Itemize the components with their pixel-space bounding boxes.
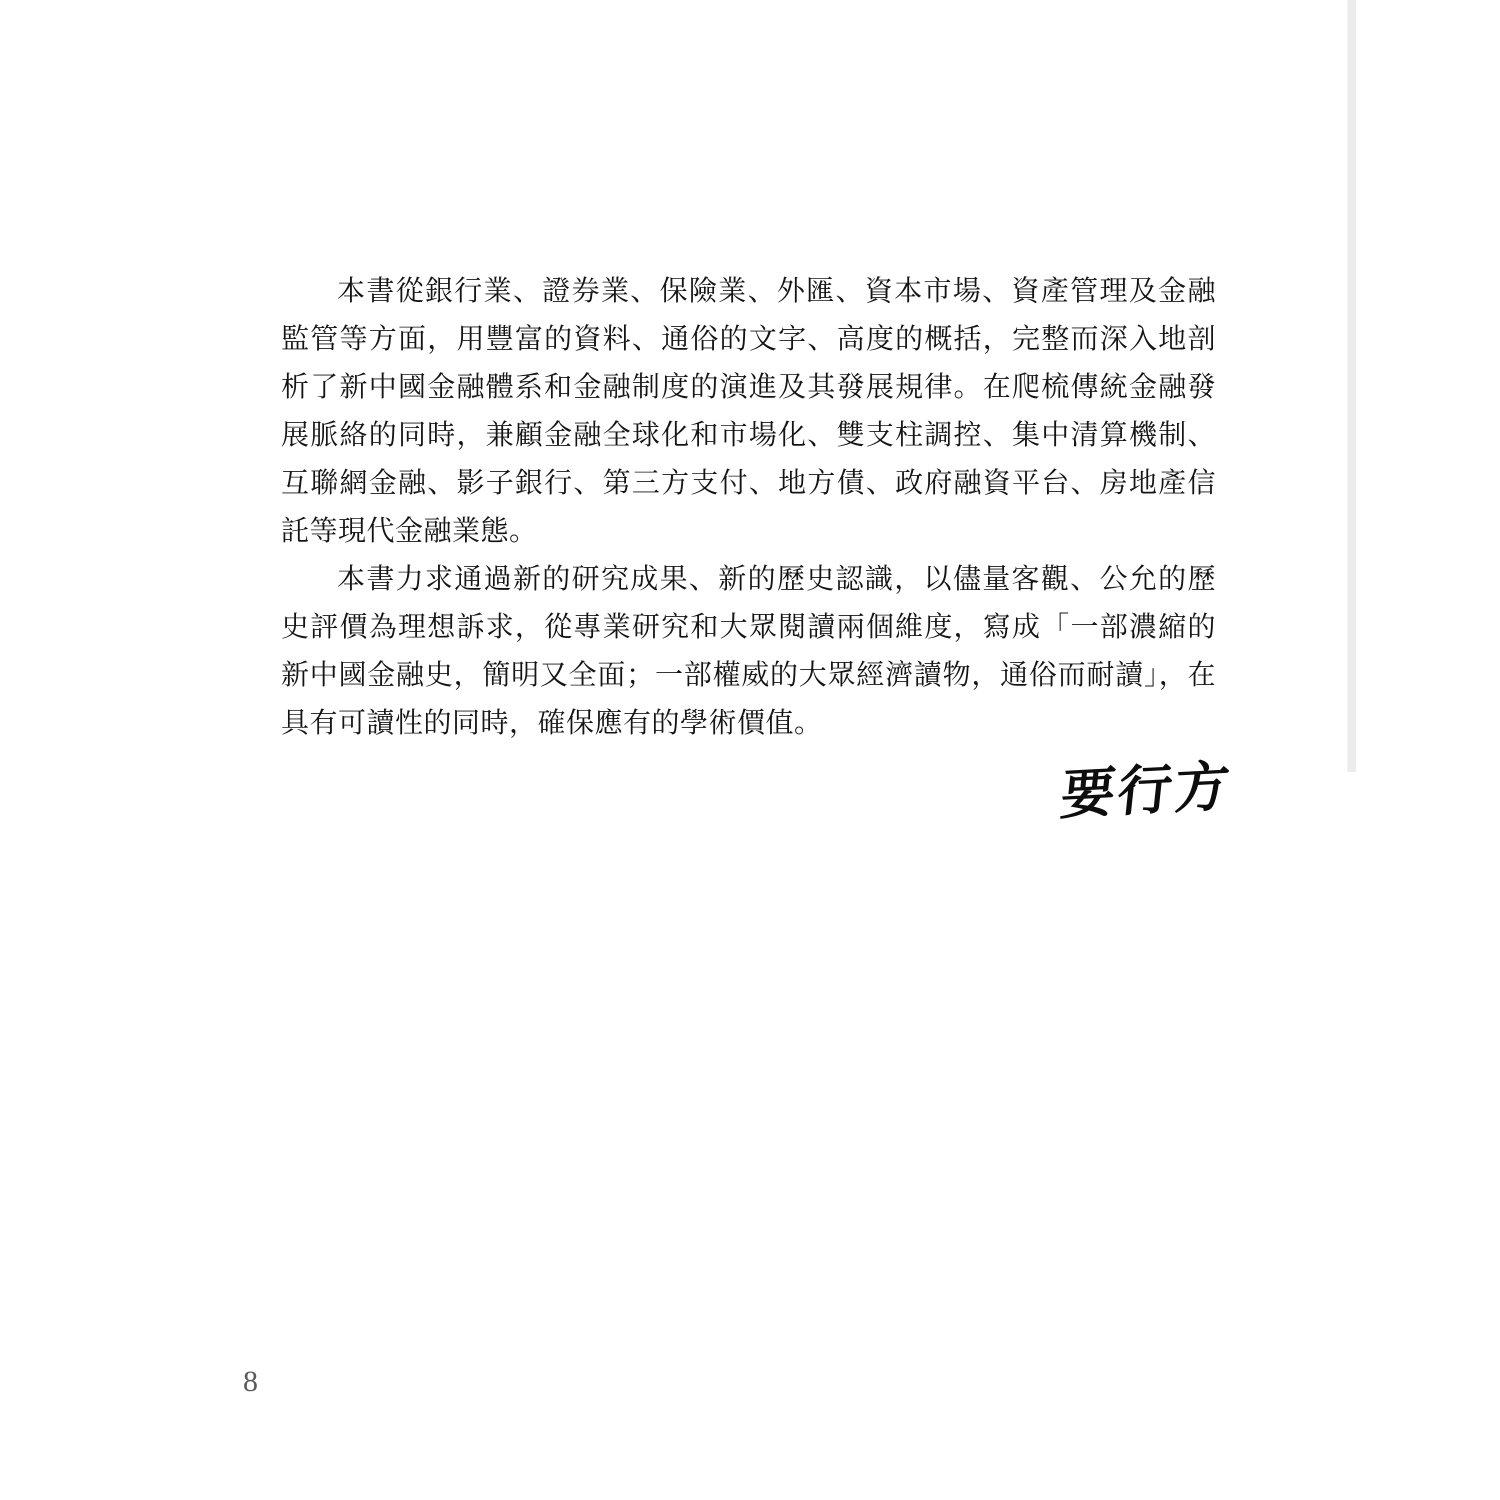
signature-row: 要行方 xyxy=(281,752,1216,836)
book-page: 本書從銀行業、證券業、保險業、外匯、資本市場、資產管理及金融監管等方面，用豐富的… xyxy=(0,0,1500,1500)
author-signature: 要行方 xyxy=(1057,747,1236,834)
body-text-block: 本書從銀行業、證券業、保險業、外匯、資本市場、資產管理及金融監管等方面，用豐富的… xyxy=(281,268,1216,836)
page-number: 8 xyxy=(243,1362,258,1402)
scan-edge-artifact xyxy=(1347,0,1356,772)
paragraph-2: 本書力求通過新的研究成果、新的歷史認識，以儘量客觀、公允的歷史評價為理想訴求，從… xyxy=(281,556,1216,748)
paragraph-1: 本書從銀行業、證券業、保險業、外匯、資本市場、資產管理及金融監管等方面，用豐富的… xyxy=(281,268,1216,556)
